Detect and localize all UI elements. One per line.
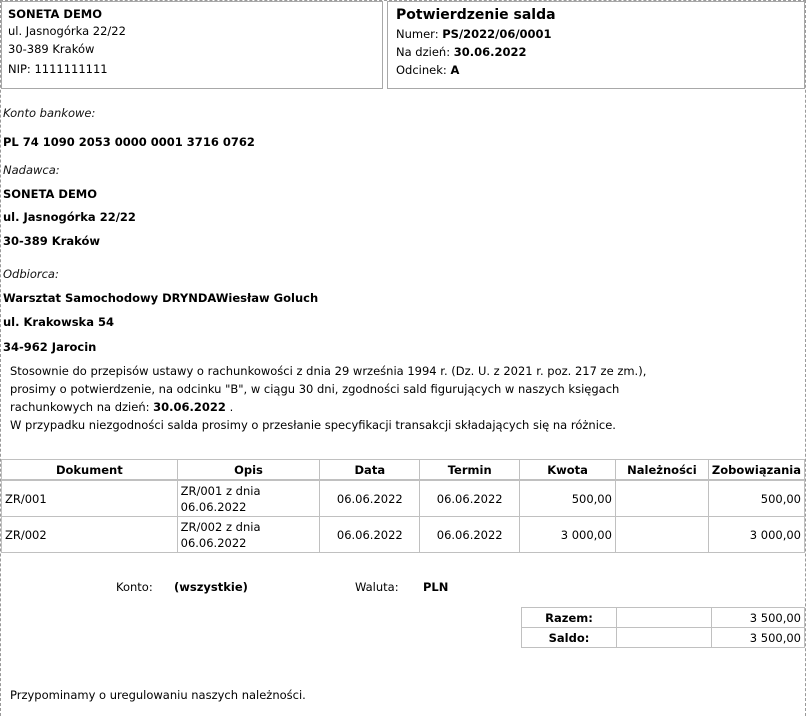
currency-label: Waluta:	[355, 580, 399, 594]
sender-street: ul. Jasnogórka 22/22	[3, 210, 136, 224]
cell-naleznosci	[615, 517, 708, 553]
sum-liabilities: 3 500,00	[712, 608, 805, 628]
document-number-label: Numer:	[396, 27, 439, 41]
document-section-label: Odcinek:	[396, 63, 447, 77]
cell-dokument: ZR/001	[2, 480, 178, 517]
document-number: PS/2022/06/0001	[442, 27, 551, 41]
sender-name: SONETA DEMO	[3, 187, 97, 201]
company-city: 30-389 Kraków	[8, 40, 376, 58]
confirmation-date: 30.06.2022	[153, 400, 226, 414]
recipient-city: 34-962 Jarocin	[3, 340, 96, 354]
cell-opis: ZR/001 z dnia06.06.2022	[177, 480, 320, 517]
balance-liabilities: 3 500,00	[712, 628, 805, 648]
cell-zobowiazania: 500,00	[708, 480, 804, 517]
confirmation-line-2: prosimy o potwierdzenie, na odcinku "B",…	[10, 380, 646, 398]
table-header-row: Dokument Opis Data Termin Kwota Należnoś…	[2, 460, 805, 481]
balance-receivables	[617, 628, 712, 648]
sender-label: Nadawca:	[3, 163, 60, 177]
bank-account-number: PL 74 1090 2053 0000 0001 3716 0762	[3, 135, 255, 149]
cell-opis: ZR/002 z dnia06.06.2022	[177, 517, 320, 553]
company-nip: NIP: 1111111111	[8, 60, 376, 78]
currency-value: PLN	[423, 580, 448, 594]
company-street: ul. Jasnogórka 22/22	[8, 22, 376, 40]
totals-sum-row: Razem: 3 500,00	[522, 608, 805, 628]
col-header-opis: Opis	[177, 460, 320, 481]
cell-termin: 06.06.2022	[420, 480, 520, 517]
document-title: Potwierdzenie salda	[396, 5, 796, 25]
recipient-name: Warsztat Samochodowy DRYNDAWiesław Goluc…	[3, 291, 318, 305]
document-section-row: Odcinek: A	[396, 61, 796, 79]
col-header-termin: Termin	[420, 460, 520, 481]
document-header-box: Potwierdzenie salda Numer: PS/2022/06/00…	[387, 1, 805, 89]
sender-city: 30-389 Kraków	[3, 234, 100, 248]
totals-table: Razem: 3 500,00 Saldo: 3 500,00	[521, 607, 805, 648]
cell-kwota: 3 000,00	[520, 517, 616, 553]
cell-termin: 06.06.2022	[420, 517, 520, 553]
account-filter-label: Konto:	[116, 580, 153, 594]
balance-label: Saldo:	[522, 628, 617, 648]
sum-receivables	[617, 608, 712, 628]
payment-reminder: Przypominamy o uregulowaniu naszych nale…	[10, 688, 306, 702]
col-header-dokument: Dokument	[2, 460, 178, 481]
confirmation-line-4: W przypadku niezgodności salda prosimy o…	[10, 416, 646, 434]
company-name: SONETA DEMO	[8, 6, 376, 22]
bank-account-label: Konto bankowe:	[3, 106, 95, 120]
recipient-label: Odbiorca:	[3, 267, 59, 281]
company-header-box: SONETA DEMO ul. Jasnogórka 22/22 30-389 …	[1, 1, 383, 89]
cell-zobowiazania: 3 000,00	[708, 517, 804, 553]
col-header-zobowiazania: Zobowiązania	[708, 460, 804, 481]
cell-data: 06.06.2022	[320, 517, 420, 553]
document-date-row: Na dzień: 30.06.2022	[396, 43, 796, 61]
col-header-kwota: Kwota	[520, 460, 616, 481]
confirmation-text: Stosownie do przepisów ustawy o rachunko…	[10, 362, 646, 434]
col-header-data: Data	[320, 460, 420, 481]
confirmation-line-3: rachunkowych na dzień: 30.06.2022 .	[10, 398, 646, 416]
account-filter-value: (wszystkie)	[174, 580, 248, 594]
col-header-naleznosci: Należności	[615, 460, 708, 481]
recipient-street: ul. Krakowska 54	[3, 315, 114, 329]
document-date-label: Na dzień:	[396, 45, 450, 59]
transactions-table: Dokument Opis Data Termin Kwota Należnoś…	[1, 459, 805, 553]
table-row: ZR/002 ZR/002 z dnia06.06.2022 06.06.202…	[2, 517, 805, 553]
confirmation-line-1: Stosownie do przepisów ustawy o rachunko…	[10, 362, 646, 380]
cell-data: 06.06.2022	[320, 480, 420, 517]
table-row: ZR/001 ZR/001 z dnia06.06.2022 06.06.202…	[2, 480, 805, 517]
document-number-row: Numer: PS/2022/06/0001	[396, 25, 796, 43]
document-date: 30.06.2022	[454, 45, 527, 59]
cell-dokument: ZR/002	[2, 517, 178, 553]
document-section: A	[450, 63, 459, 77]
cell-naleznosci	[615, 480, 708, 517]
cell-kwota: 500,00	[520, 480, 616, 517]
sum-label: Razem:	[522, 608, 617, 628]
totals-balance-row: Saldo: 3 500,00	[522, 628, 805, 648]
